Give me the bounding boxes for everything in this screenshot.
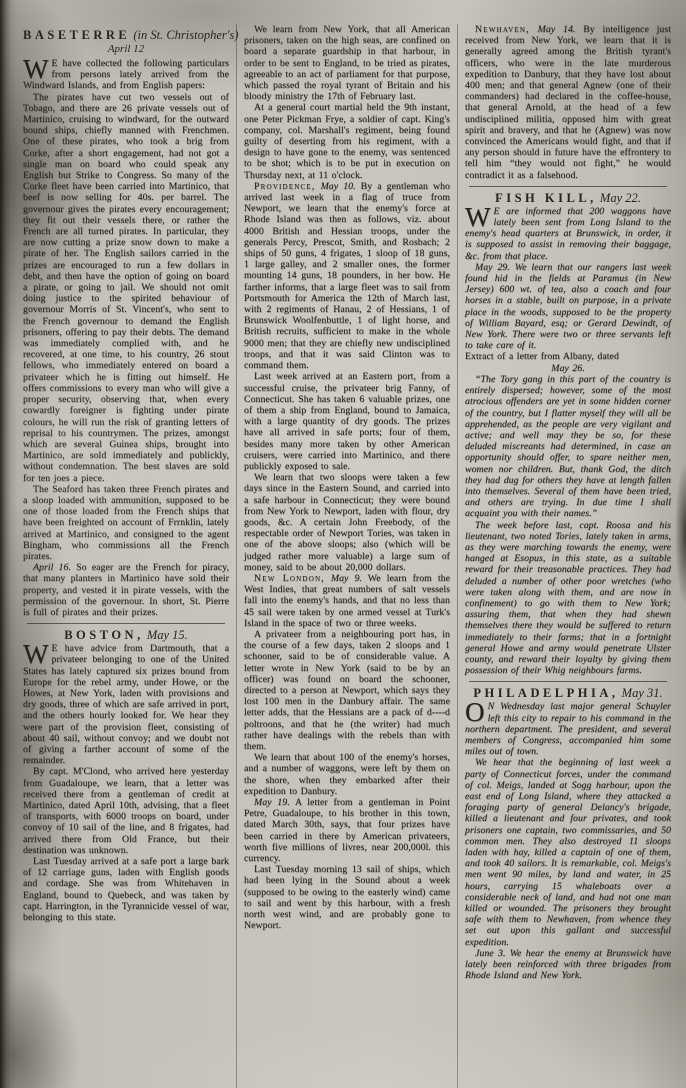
paragraph-text: By intelligence just received from New Y… xyxy=(465,24,671,181)
drop-cap: O xyxy=(465,701,488,723)
article-paragraph: At a general court martial held the 9th … xyxy=(244,102,450,180)
article-paragraph: By capt. M'Clond, who arrived here yeste… xyxy=(23,766,229,856)
article-paragraph: June 3. We hear the enemy at Brunswick h… xyxy=(465,948,671,982)
article-paragraph: WE have advice from Dartmouth, that a pr… xyxy=(23,643,229,766)
paragraph-date: June 3. xyxy=(475,948,505,959)
dateline-boston: BOSTON, May 15. xyxy=(23,628,229,642)
dateline-city: BOSTON, xyxy=(64,628,144,642)
paragraph-date: May 9. xyxy=(331,573,362,584)
article-paragraph: We learn that about 100 of the enemy's h… xyxy=(244,752,450,797)
drop-cap: W xyxy=(23,643,52,665)
article-paragraph: ON Wednesday last major general Schuyler… xyxy=(465,701,671,757)
dateline-fishkill: FISH KILL, May 22. xyxy=(465,191,671,205)
article-paragraph: We learn from New York, that all America… xyxy=(244,24,450,102)
paragraph-dateline: New London, xyxy=(254,573,325,584)
article-paragraph: Newhaven, May 14. By intelligence just r… xyxy=(465,24,671,181)
article-paragraph: “The Tory gang in this part of the count… xyxy=(465,374,671,520)
paragraph-dateline: Newhaven, xyxy=(475,24,530,35)
dateline-city: BASETERRE xyxy=(23,28,130,42)
article-paragraph: Providence, May 10. By a gentleman who a… xyxy=(244,181,450,371)
article-paragraph: The week before last, capt. Roosa and hi… xyxy=(465,520,671,677)
paragraph-text: E have collected the following particula… xyxy=(23,58,229,91)
paragraph-date: May 14. xyxy=(538,24,576,35)
dateline-date: April 12 xyxy=(23,43,229,55)
article-paragraph: April 16. So eager are the French for pi… xyxy=(23,562,229,618)
paragraph-text: We learn that our rangers last week foun… xyxy=(465,262,671,351)
dateline-location: (in St. Christopher's) xyxy=(133,28,238,42)
column-right: Newhaven, May 14. By intelligence just r… xyxy=(457,24,678,1088)
article-paragraph: May 29. We learn that our rangers last w… xyxy=(465,262,671,352)
article-paragraph: New London, May 9. We learn from the Wes… xyxy=(244,573,450,629)
article-paragraph: WE have collected the following particul… xyxy=(23,58,229,92)
article-paragraph: A privateer from a neighbouring port has… xyxy=(244,629,450,752)
article-paragraph: WE are informed that 200 waggons have la… xyxy=(465,206,671,262)
newspaper-page: BASETERRE (in St. Christopher's) April 1… xyxy=(0,0,686,1088)
column-left: BASETERRE (in St. Christopher's) April 1… xyxy=(16,24,236,1088)
extract-line: Extract of a letter from Albany, dated xyxy=(465,351,619,362)
page-columns: BASETERRE (in St. Christopher's) April 1… xyxy=(0,0,686,1088)
article-paragraph: Last Tuesday morning 13 sail of ships, w… xyxy=(244,864,450,931)
letter-extract-heading: Extract of a letter from Albany, dated xyxy=(465,351,671,362)
drop-cap: W xyxy=(23,58,52,80)
section-rule xyxy=(469,681,667,682)
section-rule xyxy=(27,623,225,624)
section-rule xyxy=(469,186,667,187)
paragraph-text: By a gentleman who arrived last week in … xyxy=(244,181,450,371)
drop-cap: W xyxy=(465,206,494,228)
article-paragraph: The Seaford has taken three French pirat… xyxy=(23,484,229,562)
paragraph-date: April 16. xyxy=(33,562,71,573)
dateline-date: May 22. xyxy=(600,191,641,205)
column-middle: We learn from New York, that all America… xyxy=(236,24,457,1088)
dateline-city: FISH KILL, xyxy=(495,191,597,205)
dateline-philadelphia: PHILADELPHIA, May 31. xyxy=(465,686,671,700)
paragraph-dateline: Providence, xyxy=(254,181,316,192)
article-paragraph: May 19. A letter from a gentleman in Poi… xyxy=(244,797,450,864)
letter-extract-date: May 26. xyxy=(465,363,671,374)
article-paragraph: The pirates have cut two vessels out of … xyxy=(23,92,229,484)
dateline-date: May 31. xyxy=(622,686,663,700)
article-paragraph: Last Tuesday arrived at a safe port a la… xyxy=(23,856,229,923)
paragraph-date: May 29. xyxy=(475,262,510,273)
article-paragraph: Last week arrived at an Eastern port, fr… xyxy=(244,371,450,472)
dateline-city: PHILADELPHIA, xyxy=(473,686,618,700)
paragraph-date: May 10. xyxy=(321,181,356,192)
article-paragraph: We learn that two sloops were taken a fe… xyxy=(244,472,450,573)
dateline-basseterre: BASETERRE (in St. Christopher's) xyxy=(23,28,229,42)
paragraph-text: N Wednesday last major general Schuyler … xyxy=(465,701,671,757)
article-paragraph: We hear that the beginning of last week … xyxy=(465,757,671,947)
paragraph-text: E have advice from Dartmouth, that a pri… xyxy=(23,643,229,766)
paragraph-text: E are informed that 200 waggons have lat… xyxy=(465,206,671,262)
paragraph-date: May 19. xyxy=(254,797,290,808)
dateline-date: May 15. xyxy=(147,628,188,642)
